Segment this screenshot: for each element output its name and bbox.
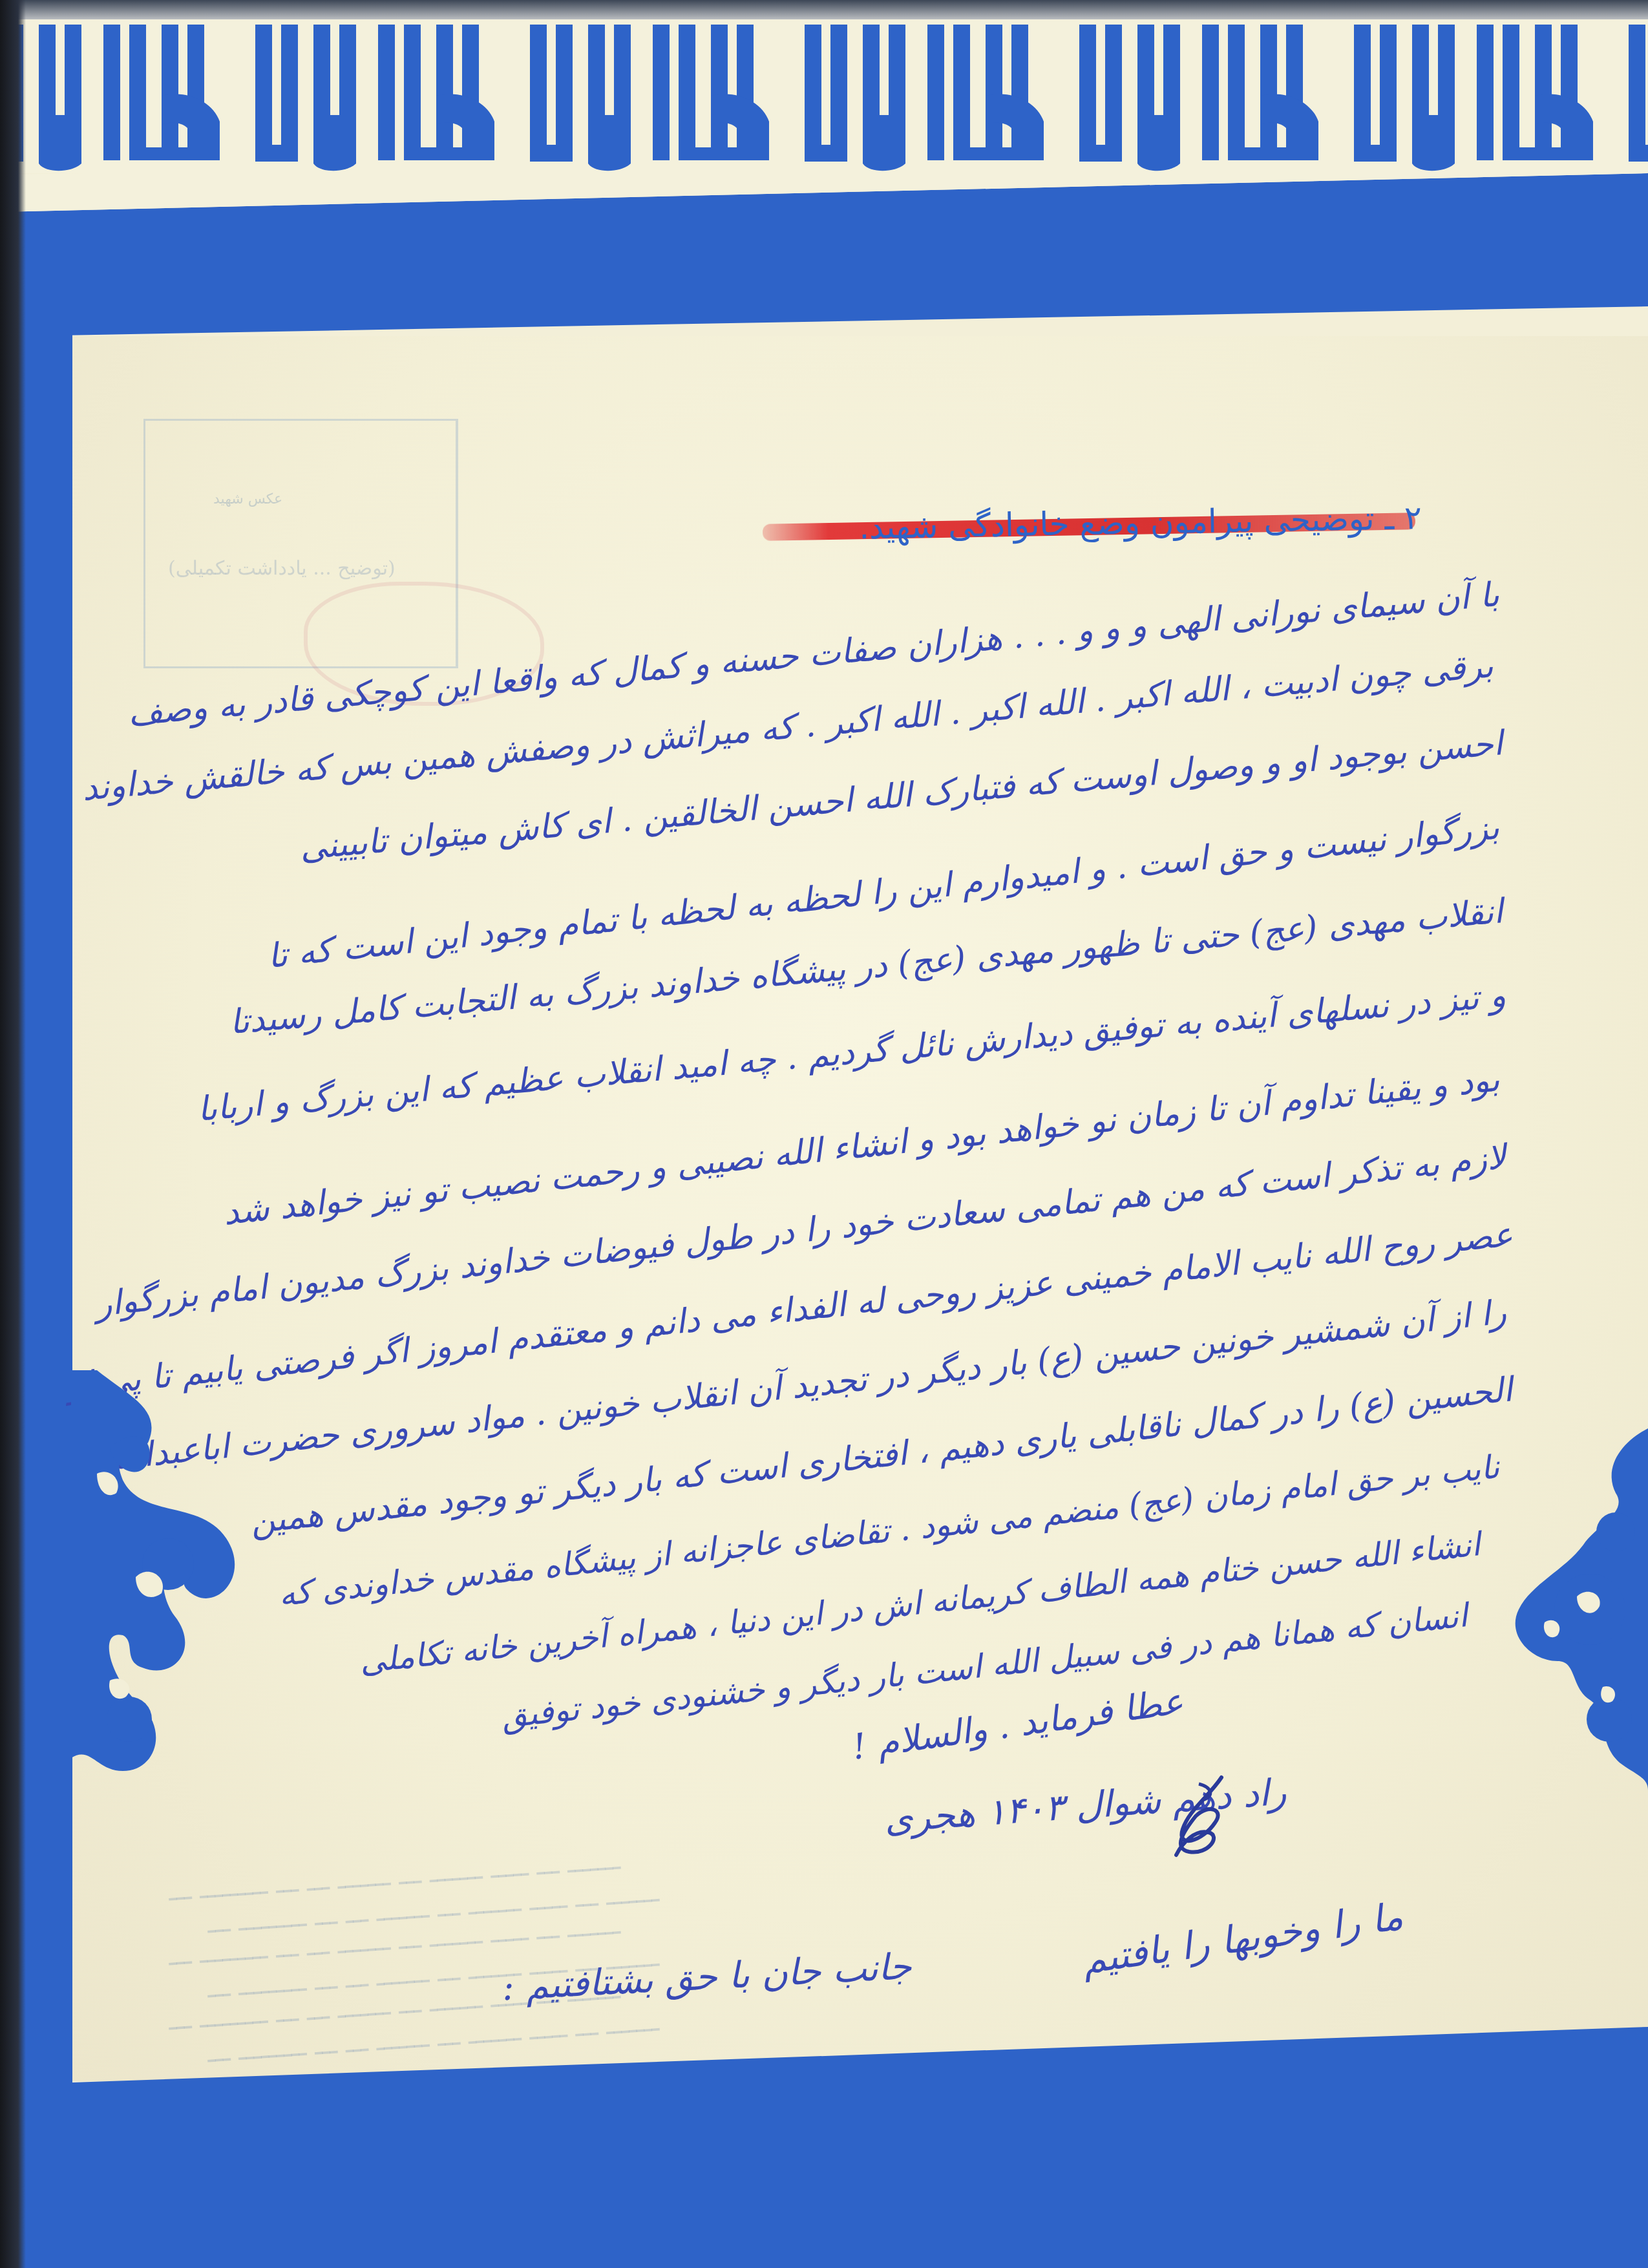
scan-edge (0, 0, 1648, 19)
scanned-page: عکس شهید (توضیح ... یادداشت تکمیلی) ۲ ـ … (0, 0, 1648, 2268)
photo-box-label: عکس شهید (213, 491, 282, 507)
bleed-through-text: (توضیح ... یادداشت تکمیلی) (168, 557, 396, 580)
header-calligraphy-band (0, 18, 1648, 173)
title-block: ۲ ـ توضیحی پیرامون وضع خانوادگی شهید. (756, 499, 1422, 551)
scan-edge-shadow (0, 0, 26, 2268)
letter-title: ۲ ـ توضیحی پیرامون وضع خانوادگی شهید. (859, 499, 1422, 546)
kufic-calligraphy (0, 18, 1648, 173)
signature (1163, 1771, 1234, 1861)
